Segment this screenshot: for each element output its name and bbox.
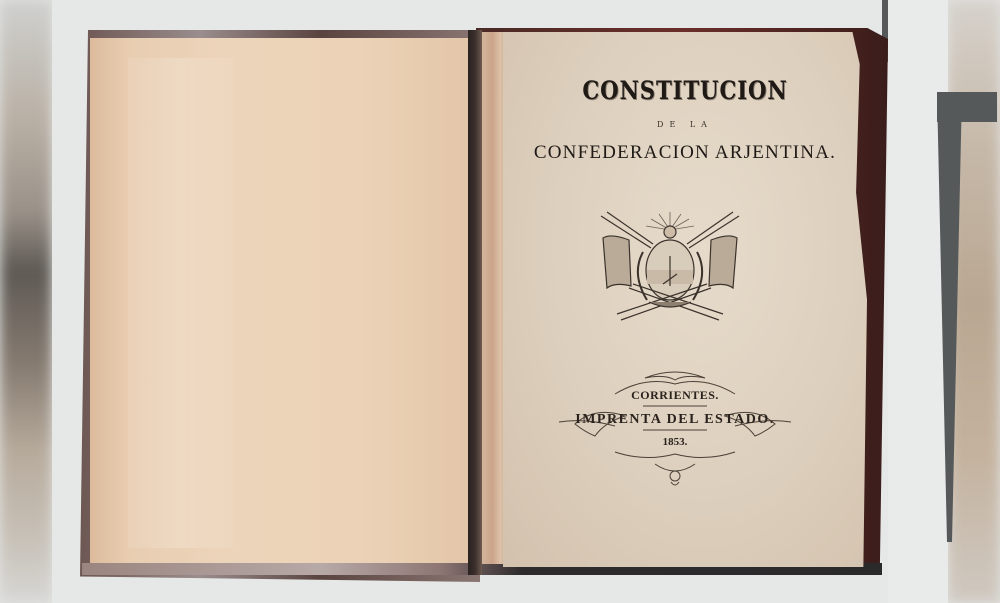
imprint-cartouche: CORRIENTES. IMPRENTA DEL ESTADO. 1853. [555,366,795,488]
blank-endpaper [90,38,470,568]
imprint-printer: IMPRENTA DEL ESTADO. [555,412,795,428]
book-title: CONSTITUCION [530,76,839,105]
book-spine [468,30,482,575]
protective-film [128,58,233,548]
title-connector: DE LA [503,120,867,129]
blurred-left-border [0,0,52,603]
imprint-year: 1853. [555,436,795,448]
book-subtitle: CONFEDERACION ARJENTINA. [503,142,867,164]
display-case-panel [888,0,948,603]
imprint-city: CORRIENTES. [555,388,795,403]
title-page: CONSTITUCION DE LA CONFEDERACION ARJENTI… [503,32,867,567]
coat-of-arms-icon [591,208,749,330]
